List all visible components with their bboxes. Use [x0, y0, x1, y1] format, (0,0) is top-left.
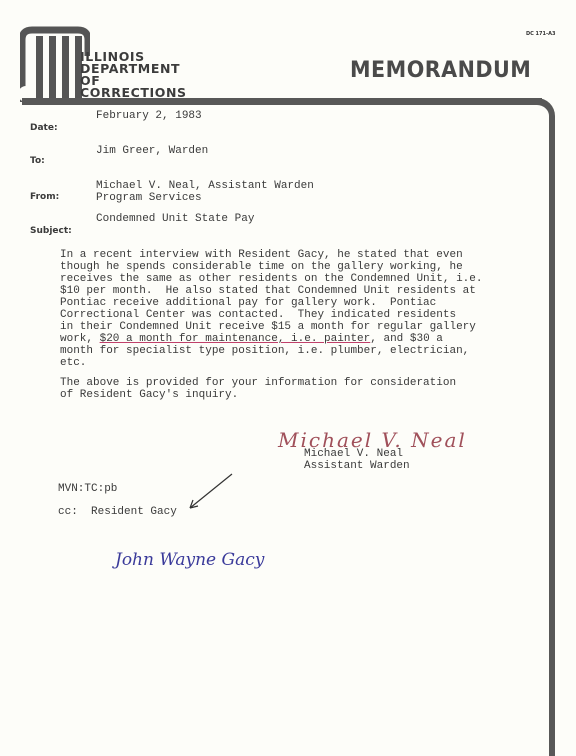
- body-line: in their Condemned Unit receive $15 a mo…: [60, 321, 482, 333]
- body-line: receives the same as other residents on …: [60, 273, 482, 285]
- to-label: To:: [30, 156, 45, 166]
- header-rule: [22, 98, 542, 105]
- memo-title: MEMORANDUM: [350, 58, 531, 83]
- date-value: February 2, 1983: [96, 110, 202, 122]
- typed-name: Michael V. Neal: [304, 448, 403, 460]
- body-text: , and $30 a: [370, 333, 443, 345]
- body-line: month for specialist type position, i.e.…: [60, 345, 482, 357]
- subject-label: Subject:: [30, 226, 72, 236]
- body-line: etc.: [60, 357, 482, 369]
- body-line: Correctional Center was contacted. They …: [60, 309, 482, 321]
- body-paragraph-1: In a recent interview with Resident Gacy…: [60, 249, 482, 369]
- body-line: Pontiac receive additional pay for galle…: [60, 297, 482, 309]
- agency-name: ILLINOIS DEPARTMENT OF CORRECTIONS: [80, 51, 187, 99]
- subject-value: Condemned Unit State Pay: [96, 213, 254, 225]
- date-label: Date:: [30, 123, 58, 133]
- body-line: of Resident Gacy's inquiry.: [60, 389, 456, 401]
- form-number: DC 171-A3: [526, 31, 555, 37]
- from-value-line2: Program Services: [96, 192, 202, 204]
- from-label: From:: [30, 192, 59, 202]
- handwritten-note: John Wayne Gacy: [115, 550, 264, 570]
- right-border: [549, 130, 555, 756]
- underlined-text: $20 a month for maintenance, i.e. painte…: [100, 333, 371, 345]
- from-value-line1: Michael V. Neal, Assistant Warden: [96, 180, 314, 192]
- cc-value: Resident Gacy: [91, 506, 177, 518]
- body-line: In a recent interview with Resident Gacy…: [60, 249, 482, 261]
- typed-title: Assistant Warden: [304, 460, 410, 472]
- cc-label: cc:: [58, 506, 78, 518]
- body-line: The above is provided for your informati…: [60, 377, 456, 389]
- cc-line: cc: Resident Gacy: [58, 506, 177, 518]
- body-paragraph-2: The above is provided for your informati…: [60, 377, 456, 401]
- typist-initials: MVN:TC:pb: [58, 483, 117, 495]
- body-line: though he spends considerable time on th…: [60, 261, 482, 273]
- handwritten-arrow-icon: [186, 470, 236, 514]
- body-text: work,: [60, 333, 100, 345]
- body-line: work, $20 a month for maintenance, i.e. …: [60, 333, 482, 345]
- to-value: Jim Greer, Warden: [96, 145, 208, 157]
- body-line: $10 per month. He also stated that Conde…: [60, 285, 482, 297]
